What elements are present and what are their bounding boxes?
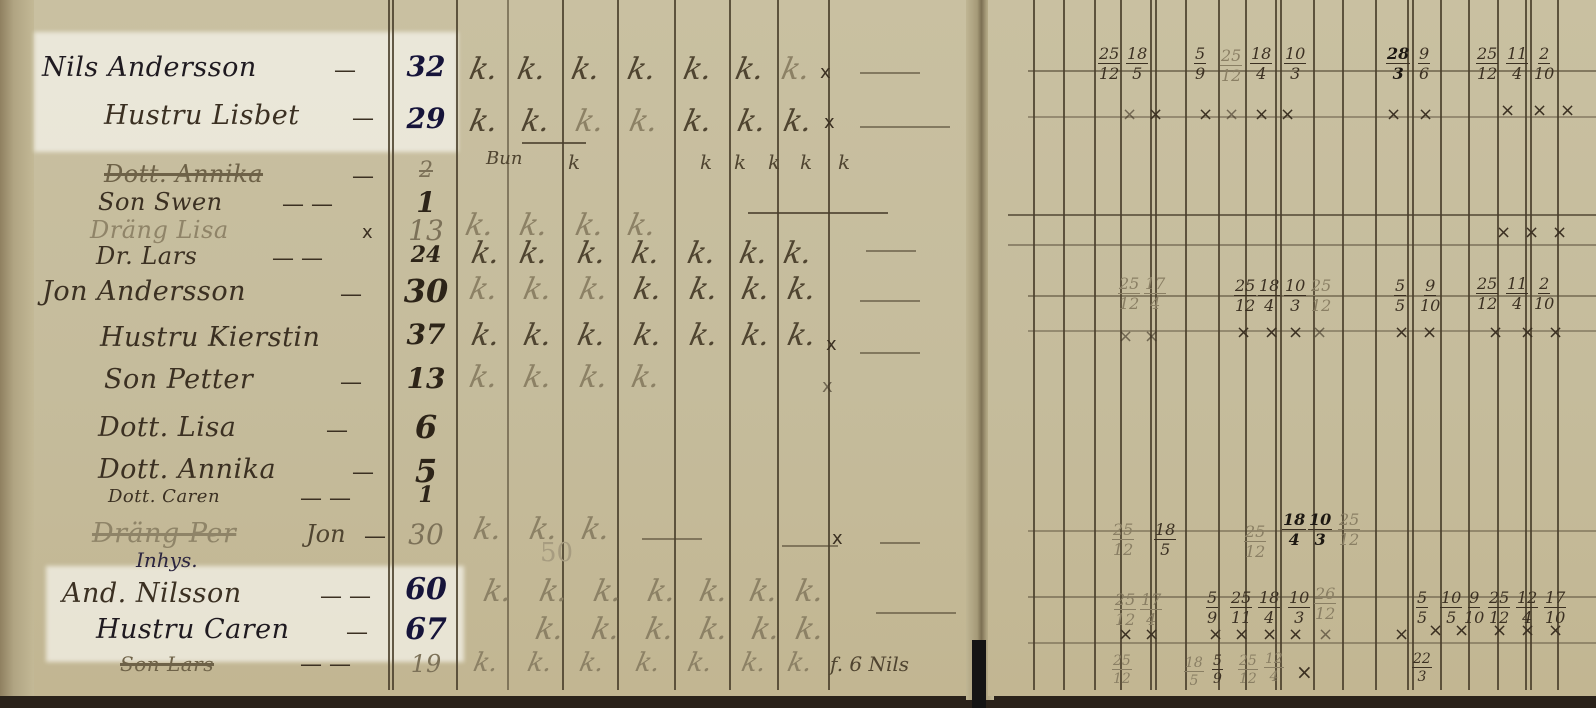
knowledge-mark: k. (574, 236, 609, 271)
fraction: 59 (1194, 46, 1206, 82)
rule-line (1557, 0, 1559, 690)
fraction: 2512 (1338, 512, 1360, 548)
rule-line (1525, 0, 1527, 690)
knowledge-mark: k. (784, 318, 819, 353)
person-name: Son Lars (120, 652, 214, 676)
cross-mark: × (1548, 620, 1563, 641)
ink-dash (860, 126, 950, 128)
person-name: Son Swen (98, 188, 223, 216)
knowledge-mark: k. (576, 360, 611, 395)
knowledge-mark: k (700, 150, 712, 174)
dash: — — (300, 652, 351, 677)
person-age: 24 (396, 242, 456, 268)
knowledge-mark: k. (471, 648, 501, 678)
cross-mark: × (1118, 624, 1133, 645)
rule-line (1468, 0, 1470, 690)
cross-mark: × (1524, 222, 1539, 243)
rule-line (392, 0, 394, 690)
knowledge-mark: k. (624, 52, 659, 87)
ink-dash (748, 212, 888, 214)
dash: — (352, 106, 374, 131)
person-age: 6 (396, 408, 456, 446)
fraction: 2512 (1112, 522, 1134, 558)
person-name: Hustru Kierstin (100, 322, 320, 353)
cross-mark: × (1394, 322, 1409, 343)
knowledge-mark: k. (578, 512, 613, 547)
rule-line (1033, 0, 1035, 690)
cross-mark: × (1198, 104, 1213, 125)
knowledge-mark: k. (520, 360, 555, 395)
person-age: 67 (396, 612, 456, 647)
dash: — — (272, 246, 323, 271)
person-age: 19 (396, 650, 456, 678)
person-name: Dott. Lisa (98, 412, 236, 443)
knowledge-mark: k (568, 150, 580, 174)
person-name: Dräng Lisa (90, 216, 229, 244)
knowledge-mark: k. (784, 272, 819, 307)
cross-mark: x (822, 376, 833, 397)
cross-mark: × (1496, 222, 1511, 243)
cross-mark: × (1264, 322, 1279, 343)
cross-mark: x (362, 222, 373, 243)
ledger-spread: Nils Andersson — 32 k. k. k. k. k. k. k.… (0, 0, 1596, 708)
cross-mark: × (1208, 624, 1223, 645)
fraction: 910 (1420, 278, 1440, 314)
fraction: 184 (1258, 278, 1280, 314)
rule-line (1185, 0, 1187, 690)
person-age: 2 (396, 158, 456, 183)
dash: — (364, 524, 386, 549)
knowledge-mark: k. (536, 574, 571, 609)
knowledge-mark: k. (686, 318, 721, 353)
cross-mark: × (1288, 322, 1303, 343)
fraction: 2512 (1114, 592, 1136, 628)
cross-mark: x (826, 334, 837, 355)
knowledge-mark: k. (470, 512, 505, 547)
fraction: 2512 (1310, 278, 1332, 314)
cross-mark: × (1144, 326, 1159, 347)
fraction: 184 (1282, 512, 1306, 548)
cross-mark: × (1520, 322, 1535, 343)
dash: — (334, 58, 356, 83)
rule-line (1063, 0, 1065, 690)
person-name: Dott. Annika (104, 160, 263, 188)
fraction: 184 (1250, 46, 1272, 82)
knowledge-mark: k. (785, 648, 815, 678)
cross-mark: × (1318, 624, 1333, 645)
person-age: 1 (396, 482, 456, 508)
fraction: 124 (1264, 652, 1284, 684)
cross-mark: × (1418, 104, 1433, 125)
fraction: 174 (1144, 276, 1166, 312)
stray-number: 50 (540, 538, 573, 568)
knowledge-mark: k. (778, 52, 813, 87)
dash: — — (282, 192, 333, 217)
rule-line (456, 0, 458, 690)
cross-mark: × (1312, 322, 1327, 343)
ink-line (1028, 642, 1596, 644)
left-page: Nils Andersson — 32 k. k. k. k. k. k. k.… (0, 0, 978, 696)
cross-mark: × (1488, 322, 1503, 343)
ink-dash (782, 545, 838, 547)
ink-line (1008, 244, 1596, 246)
knowledge-mark: k (838, 150, 850, 174)
knowledge-mark: k. (518, 104, 553, 139)
cross-mark: × (1148, 104, 1163, 125)
dash: — — (320, 584, 371, 609)
cross-mark: x (820, 62, 831, 83)
ink-line (1008, 214, 1596, 216)
light-patch-top (34, 32, 458, 152)
ink-dash (860, 352, 920, 354)
person-name: Dott. Annika (98, 454, 276, 485)
fraction: 185 (1126, 46, 1148, 82)
knowledge-mark: k. (738, 318, 773, 353)
fraction: 2511 (1230, 590, 1252, 626)
knowledge-mark: k. (734, 104, 769, 139)
cross-mark: × (1548, 322, 1563, 343)
dash: — (352, 460, 374, 485)
fraction: 55 (1416, 590, 1428, 626)
knowledge-mark: k. (684, 236, 719, 271)
fraction: 2512 (1476, 276, 1498, 312)
knowledge-mark: k. (468, 236, 503, 271)
cross-mark: × (1386, 104, 1401, 125)
fraction: 2512 (1234, 278, 1256, 314)
fraction: 103 (1284, 46, 1306, 82)
knowledge-mark: k. (680, 52, 715, 87)
cross-mark: × (1254, 104, 1269, 125)
fraction: 59 (1206, 590, 1218, 626)
fraction: 103 (1308, 512, 1332, 548)
cross-mark: × (1492, 620, 1507, 641)
knowledge-mark: k. (576, 272, 611, 307)
cross-mark: × (1552, 222, 1567, 243)
annotation: Inhys. (136, 548, 198, 572)
person-name: Hustru Caren (96, 614, 290, 645)
person-age: 32 (396, 50, 456, 83)
rule-line (1497, 0, 1499, 690)
rule-line (729, 0, 731, 690)
fraction: 2512 (1112, 654, 1132, 686)
annotation: Bun (486, 148, 522, 169)
cross-mark: × (1118, 326, 1133, 347)
knowledge-mark: k. (466, 272, 501, 307)
dash: — (340, 282, 362, 307)
rule-line (1407, 0, 1409, 690)
knowledge-mark: k. (628, 236, 663, 271)
cross-mark: × (1224, 104, 1239, 125)
rule-line (1275, 0, 1277, 690)
knowledge-mark: k. (514, 52, 549, 87)
knowledge-mark: k. (630, 318, 665, 353)
fraction: 2512 (1118, 276, 1140, 312)
knowledge-mark: k. (792, 612, 827, 647)
cross-mark: × (1288, 624, 1303, 645)
knowledge-mark: k. (466, 104, 501, 139)
cross-mark: × (1280, 104, 1295, 125)
knowledge-mark: k. (736, 236, 771, 271)
person-name: Dr. Lars (96, 242, 197, 270)
ink-dash (522, 142, 586, 144)
fraction: 2512 (1244, 524, 1266, 560)
ink-dash (880, 542, 920, 544)
cross-mark: × (1394, 624, 1409, 645)
knowledge-mark: k. (480, 574, 515, 609)
dash: — (326, 418, 348, 443)
person-name: Jon Andersson (42, 276, 246, 307)
knowledge-mark: k. (590, 574, 625, 609)
knowledge-mark: k. (572, 104, 607, 139)
fraction: 55 (1394, 278, 1406, 314)
cross-mark: × (1560, 100, 1575, 121)
rule-line (1245, 0, 1247, 690)
person-name: Son Petter (104, 364, 253, 395)
knowledge-mark: k. (686, 272, 721, 307)
fraction: 114 (1506, 46, 1528, 82)
rule-line (1375, 0, 1377, 690)
person-age: 60 (396, 572, 456, 607)
knowledge-mark: k. (732, 52, 767, 87)
fraction: 174 (1140, 592, 1162, 628)
person-age: 30 (396, 518, 456, 551)
knowledge-mark: k. (577, 648, 607, 678)
cross-mark: × (1532, 100, 1547, 121)
person-name: Dott. Caren (108, 486, 220, 507)
cross-mark: × (1520, 620, 1535, 641)
knowledge-mark: k. (780, 236, 815, 271)
knowledge-mark: k. (780, 104, 815, 139)
rule-line (388, 0, 390, 690)
person-age: 37 (396, 318, 456, 351)
cross-mark: × (1454, 620, 1469, 641)
fraction: 103 (1284, 278, 1306, 314)
fraction: 185 (1184, 656, 1204, 688)
rule-line (1342, 0, 1344, 690)
cross-mark: × (1500, 100, 1515, 121)
person-name: Hustru Lisbet (104, 100, 300, 131)
rule-line (1218, 0, 1220, 690)
dash: — (352, 164, 374, 189)
ink-dash (866, 250, 916, 252)
fraction: 103 (1288, 590, 1310, 626)
fraction: 185 (1154, 522, 1176, 558)
cross-mark: × (1236, 322, 1251, 343)
cross-mark: x (832, 528, 843, 549)
cross-mark: x (824, 112, 835, 133)
knowledge-mark: k. (568, 52, 603, 87)
fraction: 210 (1534, 46, 1554, 82)
cross-mark: × (1296, 660, 1313, 684)
fraction: 210 (1534, 276, 1554, 312)
fraction: 2512 (1238, 654, 1258, 686)
ink-dash (860, 72, 920, 74)
cross-mark: × (1422, 322, 1437, 343)
person-age: 29 (396, 102, 456, 135)
knowledge-mark: k. (685, 648, 715, 678)
knowledge-mark: k. (630, 272, 665, 307)
knowledge-mark: k. (466, 52, 501, 87)
knowledge-mark: k. (739, 648, 769, 678)
knowledge-mark: k. (738, 272, 773, 307)
fraction: 59 (1212, 654, 1223, 686)
cross-mark: × (1122, 104, 1137, 125)
person-name: And. Nilsson (62, 578, 242, 609)
fraction: 223 (1412, 652, 1432, 684)
ink-dash (642, 538, 702, 540)
fraction: 2512 (1098, 46, 1120, 82)
person-name: Nils Andersson (42, 52, 257, 83)
fraction: 2512 (1476, 46, 1498, 82)
knowledge-mark: k. (696, 612, 731, 647)
fraction: 114 (1506, 276, 1528, 312)
gutter-shadow (972, 640, 986, 708)
right-page: 2512 185 59 2512 184 103 283 96 2512 114… (988, 0, 1596, 696)
person-age: 13 (396, 362, 456, 395)
fraction: 2512 (1220, 48, 1242, 84)
knowledge-mark: k. (680, 104, 715, 139)
cross-mark: × (1234, 624, 1249, 645)
knowledge-mark: k. (466, 360, 501, 395)
knowledge-mark: k (800, 150, 812, 174)
knowledge-mark: k. (525, 648, 555, 678)
rule-line (1094, 0, 1096, 690)
knowledge-mark: k. (626, 104, 661, 139)
cross-mark: × (1144, 624, 1159, 645)
knowledge-mark: k. (628, 360, 663, 395)
knowledge-mark: k. (520, 272, 555, 307)
rule-line (1440, 0, 1442, 690)
knowledge-mark: k. (468, 318, 503, 353)
knowledge-mark: k. (520, 318, 555, 353)
rule-line (1412, 0, 1414, 690)
fraction: 96 (1418, 46, 1430, 82)
knowledge-mark: k. (642, 612, 677, 647)
cross-mark: × (1428, 620, 1443, 641)
dash: — (340, 370, 362, 395)
person-age: 30 (396, 272, 456, 310)
knowledge-mark: k (734, 150, 746, 174)
ink-dash (876, 612, 956, 614)
knowledge-mark: k. (516, 236, 551, 271)
knowledge-mark: k. (633, 648, 663, 678)
knowledge-mark: k. (696, 574, 731, 609)
knowledge-mark: k. (792, 574, 827, 609)
knowledge-mark: k (768, 150, 780, 174)
person-name: Dräng Per (92, 518, 236, 549)
annotation: Jon (306, 520, 346, 548)
knowledge-mark: k. (574, 318, 609, 353)
fraction: 283 (1386, 46, 1410, 82)
ink-dash (860, 300, 920, 302)
cross-mark: × (1262, 624, 1277, 645)
annotation: f. 6 Nils (830, 652, 909, 676)
fraction: 184 (1258, 590, 1280, 626)
fraction: 2612 (1314, 586, 1336, 622)
dash: — — (300, 486, 351, 511)
dash: — (346, 620, 368, 645)
